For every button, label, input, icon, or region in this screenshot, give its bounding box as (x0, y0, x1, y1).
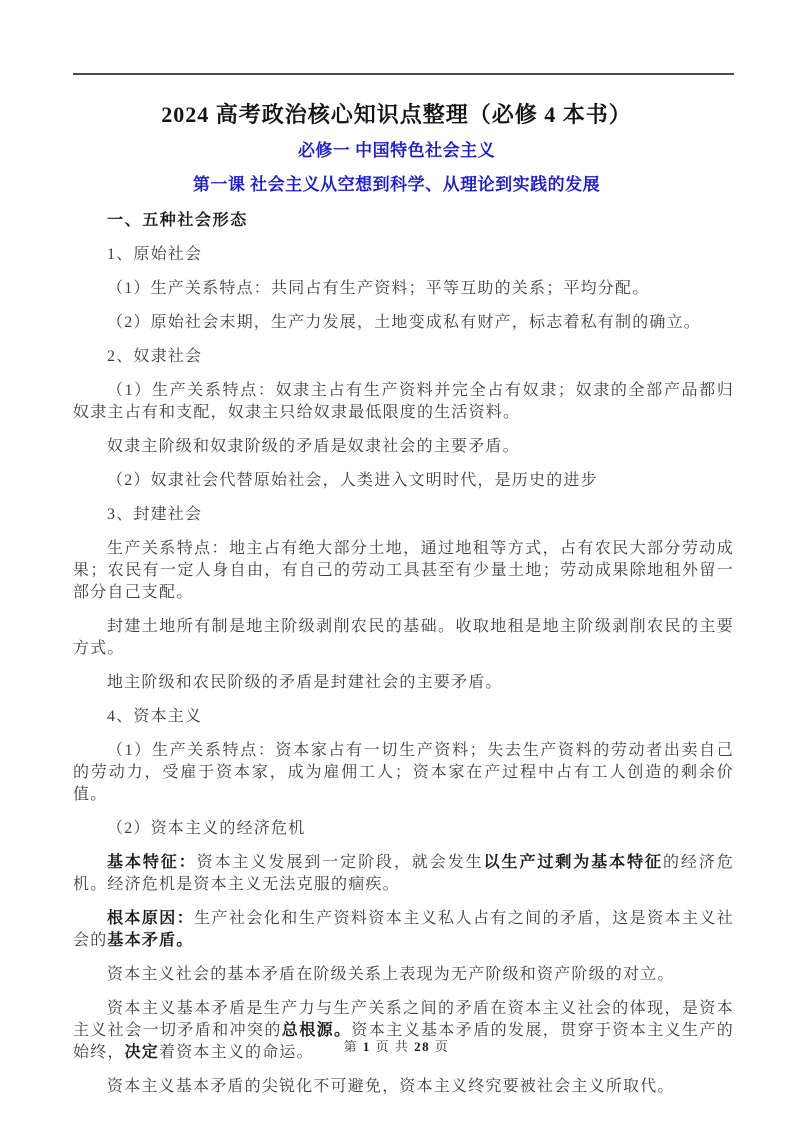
paragraph: 奴隶主阶级和奴隶阶级的矛盾是奴隶社会的主要矛盾。 (73, 436, 734, 458)
text-run: （2）奴隶社会代替原始社会，人类进入文明时代，是历史的进步 (107, 472, 598, 489)
text-run: 根本原因： (107, 910, 194, 927)
text-run: 以生产过剩为基本特征 (484, 854, 663, 871)
text-run: 地主阶级和农民阶级的矛盾是封建社会的主要矛盾。 (107, 674, 503, 691)
text-run: 资本主义社会的基本矛盾在阶级关系上表现为无产阶级和资产阶级的对立。 (107, 966, 675, 983)
text-run: （1）生产关系特点：资本家占有一切生产资料；失去生产资料的劳动者出卖自己的劳动力… (73, 742, 734, 803)
lesson-heading: 第一课 社会主义从空想到科学、从理论到实践的发展 (0, 173, 793, 197)
text-run: 第 (344, 1039, 363, 1054)
text-run: 2、奴隶社会 (107, 348, 202, 365)
text-run: 资本主义发展到一定阶段，就会发生 (197, 854, 484, 871)
paragraph: （2）原始社会末期，生产力发展，土地变成私有财产，标志着私有制的确立。 (73, 312, 734, 334)
text-run: （2）原始社会末期，生产力发展，土地变成私有财产，标志着私有制的确立。 (107, 314, 701, 331)
unit-heading: 必修一 中国特色社会主义 (0, 139, 793, 163)
text-run: 1、原始社会 (107, 246, 202, 263)
text-run: 奴隶主阶级和奴隶阶级的矛盾是奴隶社会的主要矛盾。 (107, 438, 520, 455)
paragraph: 3、封建社会 (73, 504, 734, 526)
paragraph: （1）生产关系特点：共同占有生产资料；平等互助的关系；平均分配。 (73, 278, 734, 300)
paragraph: 2、奴隶社会 (73, 346, 734, 368)
document-page: 2024 高考政治核心知识点整理（必修 4 本书） 必修一 中国特色社会主义 第… (0, 0, 793, 1122)
paragraph: （2）奴隶社会代替原始社会，人类进入文明时代，是历史的进步 (73, 470, 734, 492)
text-run: 页 共 (371, 1039, 414, 1054)
document-title: 2024 高考政治核心知识点整理（必修 4 本书） (0, 100, 793, 130)
paragraph: （1）生产关系特点：奴隶主占有生产资料并完全占有奴隶；奴隶的全部产品都归奴隶主占… (73, 380, 734, 424)
header-rule (73, 73, 734, 75)
text-run: 3、封建社会 (107, 506, 202, 523)
paragraph: 封建土地所有制是地主阶级剥削农民的基础。收取地租是地主阶级剥削农民的主要方式。 (73, 616, 734, 660)
paragraph: 资本主义基本矛盾的尖锐化不可避免，资本主义终究要被社会主义所取代。 (73, 1076, 734, 1098)
text-run: 一、五种社会形态 (107, 212, 248, 229)
text-run: 1 (363, 1039, 371, 1054)
text-run: 总根源。 (282, 1022, 352, 1039)
text-run: （2）资本主义的经济危机 (107, 820, 305, 837)
document-body: 一、五种社会形态1、原始社会（1）生产关系特点：共同占有生产资料；平等互助的关系… (73, 210, 734, 1098)
text-run: 生产关系特点：地主占有绝大部分土地，通过地租等方式，占有农民大部分劳动成果；农民… (73, 540, 734, 601)
paragraph: 4、资本主义 (73, 706, 734, 728)
text-run: 4、资本主义 (107, 708, 202, 725)
paragraph: 资本主义社会的基本矛盾在阶级关系上表现为无产阶级和资产阶级的对立。 (73, 964, 734, 986)
text-run: 基本矛盾。 (107, 932, 193, 949)
text-run: （1）生产关系特点：奴隶主占有生产资料并完全占有奴隶；奴隶的全部产品都归奴隶主占… (73, 382, 734, 421)
paragraph: （1）生产关系特点：资本家占有一切生产资料；失去生产资料的劳动者出卖自己的劳动力… (73, 740, 734, 806)
text-run: 28 (414, 1039, 430, 1054)
text-run: 资本主义基本矛盾的尖锐化不可避免，资本主义终究要被社会主义所取代。 (107, 1078, 675, 1095)
paragraph: 根本原因：生产社会化和生产资料资本主义私人占有之间的矛盾，这是资本主义社会的基本… (73, 908, 734, 952)
paragraph: 1、原始社会 (73, 244, 734, 266)
section-heading: 一、五种社会形态 (73, 210, 734, 232)
paragraph: 地主阶级和农民阶级的矛盾是封建社会的主要矛盾。 (73, 672, 734, 694)
text-run: 封建土地所有制是地主阶级剥削农民的基础。收取地租是地主阶级剥削农民的主要方式。 (73, 618, 734, 657)
page-footer: 第 1 页 共 28 页 (0, 1038, 793, 1056)
text-run: 基本特征： (107, 854, 197, 871)
paragraph: 生产关系特点：地主占有绝大部分土地，通过地租等方式，占有农民大部分劳动成果；农民… (73, 538, 734, 604)
text-run: 页 (430, 1039, 449, 1054)
paragraph: （2）资本主义的经济危机 (73, 818, 734, 840)
text-run: （1）生产关系特点：共同占有生产资料；平等互助的关系；平均分配。 (107, 280, 649, 297)
paragraph: 基本特征：资本主义发展到一定阶段，就会发生以生产过剩为基本特征的经济危机。经济危… (73, 852, 734, 896)
